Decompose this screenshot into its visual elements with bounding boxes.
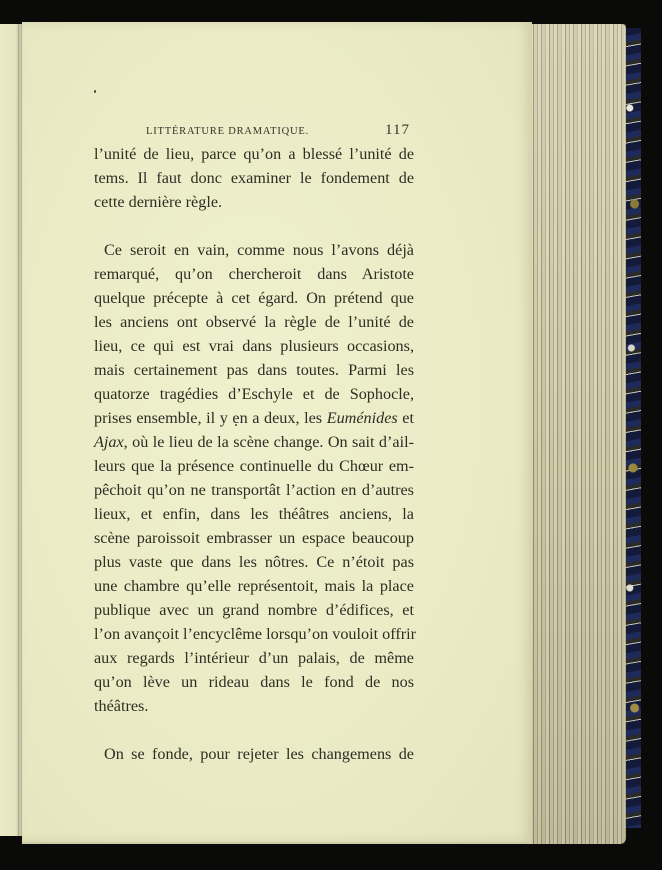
page-header: LITTÉRATURE DRAMATIQUE. 117 <box>94 122 414 142</box>
text-line: plus vaste que dans les nôtres. Ce n’éto… <box>94 550 414 574</box>
text-line: quelque précepte à cet égard. On prétend… <box>94 286 414 310</box>
text-line: l’on avançoit l’encyclême lorsqu’on voul… <box>94 622 414 646</box>
book-scan: LITTÉRATURE DRAMATIQUE. 117 l’unité de l… <box>0 0 662 870</box>
page-text: LITTÉRATURE DRAMATIQUE. 117 l’unité de l… <box>94 122 414 766</box>
text-line: On se fonde, pour rejeter les changemens… <box>94 742 414 766</box>
marbled-cover-board <box>624 28 641 828</box>
text-line: Ce seroit en vain, comme nous l’avons dé… <box>94 238 414 262</box>
text-line: mais certainement pas dans toutes. Parmi… <box>94 358 414 382</box>
page-number: 117 <box>385 122 410 139</box>
paragraph: Ce seroit en vain, comme nous l’avons dé… <box>94 238 414 718</box>
italic-term: Ajax <box>94 433 124 451</box>
page-fore-edges <box>518 24 626 844</box>
text-line: publique avec un grand nombre d’édifices… <box>94 598 414 622</box>
text-line: aux regards l’intérieur d’un palais, de … <box>94 646 414 670</box>
text-line: qu’on lève un rideau dans le fond de nos <box>94 670 414 694</box>
paragraph: On se fonde, pour rejeter les changemens… <box>94 742 414 766</box>
text-line: quatorze tragédies d’Eschyle et de Sopho… <box>94 382 414 406</box>
text-line: pêchoit qu’on ne transportât l’action en… <box>94 478 414 502</box>
text-line: leurs que la présence continuelle du Chœ… <box>94 454 414 478</box>
running-head: LITTÉRATURE DRAMATIQUE. <box>146 126 309 137</box>
text-line: scène paroissoit embrasser un espace bea… <box>94 526 414 550</box>
text-line: tems. Il faut donc examiner le fondement… <box>94 166 414 190</box>
paper-speck <box>94 90 96 93</box>
text-line: les anciens ont observé la règle de l’un… <box>94 310 414 334</box>
text-line: lieu, ce qui est vrai dans plusieurs occ… <box>94 334 414 358</box>
text-line: remarqué, qu’on chercheroit dans Aristot… <box>94 262 414 286</box>
italic-term: Euménides <box>327 409 398 427</box>
text-line: cette dernière règle. <box>94 190 414 214</box>
text-line: lieux, et enfin, dans les théâtres ancie… <box>94 502 414 526</box>
facing-page-edge <box>0 24 20 836</box>
paragraph: l’unité de lieu, parce qu’on a blessé l’… <box>94 142 414 214</box>
text-line-with-italic: prises ensemble, il y en a deux, les Eum… <box>94 406 414 430</box>
text-line: une chambre qu’elle représentoit, mais l… <box>94 574 414 598</box>
text-line-with-italic: Ajax, où le lieu de la scène change. On … <box>94 430 414 454</box>
text-line: l’unité de lieu, parce qu’on a blessé l’… <box>94 142 414 166</box>
text-line: théâtres. <box>94 694 414 718</box>
